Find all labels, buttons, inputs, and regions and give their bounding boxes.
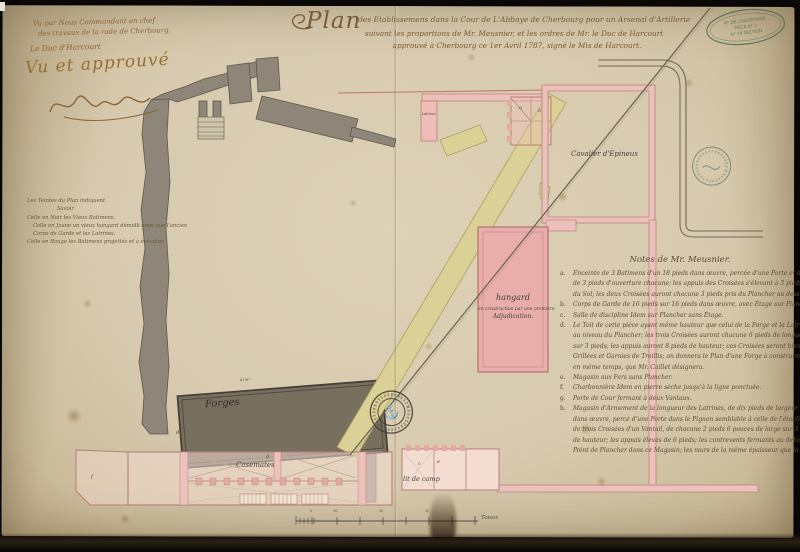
note-line: de trois Croisées d'un Vantail, de chacu… [560,425,800,435]
scale-number: 5 [310,509,312,513]
note-line: h.Magasin d'Armement de la longueur des … [560,404,800,414]
note-text: Magasin aux Fers sans Plancher. [573,374,673,381]
note-text: de hauteur; les appuis élevés de 6 pieds… [573,437,800,444]
note-text: au niveau du Plancher; les trois Croisée… [573,332,800,339]
alignment-line-red [338,90,545,93]
notes-block: Notes de Mr. Meusnier. a.Enceinte de 3 B… [560,255,800,456]
legend-line: Celle en Jaune un vieux hangard démolli … [27,222,192,230]
casemates-compound [76,450,392,505]
legend-block: Les Teintes du Plan indiquent Savoir Cel… [27,197,192,247]
plan-marker-g: g [176,429,179,435]
note-line: b.Corps de Garde de 16 pieds sur 16 pied… [560,300,800,310]
stain-spot [580,423,592,435]
legend-line: Celle en Noir les Vieux Batimens. [27,214,192,222]
scale-unit-label: Toises [481,515,498,521]
old-long-building [256,96,358,142]
note-line: en même temps, que Mr. Caillet désignera… [560,363,800,373]
stain-spot [120,514,130,524]
archive-oval-stamp: N° DE L'INVENTAIRE PIÈCE N° 3 N° 74 SECT… [701,1,790,59]
hangard-label-2: en construction par une première [478,306,555,311]
stain-spot [349,199,357,207]
note-text: Salle de discipline Idem sur Plancher sa… [573,312,724,319]
stain-spot [467,53,476,62]
old-wall-west [139,94,170,434]
sheet-bottom-shadow [0,533,800,552]
note-letter: e. [560,373,573,383]
anchor-icon: ⚓ [382,403,402,423]
legend-line: Savoir [27,205,192,213]
hangard-label-1: hangard [478,293,548,302]
note-line: au niveau du Plancher; les trois Croisée… [560,331,800,341]
note-text: Corps de Garde de 16 pieds sur 16 pieds … [573,301,800,308]
paper-crease [394,6,398,536]
plan-marker-e: e [437,459,440,465]
casemates-label: Casemates [236,461,275,469]
forge-dimension: 62'6" [240,378,250,382]
latrines-building [421,101,437,141]
south-wall [497,485,758,492]
note-letter: b. [560,300,573,310]
note-text: de 3 pieds d'ouverture chacune; les appu… [573,280,800,287]
photo-background: Vu par Nous Commandant en chef des trava… [0,0,800,552]
plan-marker-d: d [266,454,269,460]
note-text: sur 3 pieds; les appuis auront 8 pieds d… [573,343,800,350]
note-line: Point de Plancher dans ce Magasin; les m… [560,446,800,456]
note-line: de hauteur; les appuis élevés de 6 pieds… [560,436,800,446]
legend-line: Celle en Rouge les Batimens projettés et… [27,238,192,246]
plan-marker-f: f [91,474,93,480]
plan-marker-b: b [538,108,541,114]
stair-prong-2 [213,101,221,118]
latrines-label: Latrines [422,112,435,116]
note-line: sur 3 pieds; les appuis auront 8 pieds d… [560,342,800,352]
legend-line: Corps de Garde et les Latrines. [27,230,192,238]
hangard-label-3: Adjudication. [482,313,544,320]
notes-title: Notes de Mr. Meusnier. [560,255,800,265]
old-long-building-tail [350,127,396,147]
note-letter: a. [560,269,573,279]
lit-de-camp-building [402,445,499,490]
stair-prong-1 [199,101,207,118]
notes-lines: a.Enceinte de 3 Batimens d'un 18 pieds d… [560,269,800,456]
title-line-1: des Etablissemens dans la Cour de L'Abba… [358,15,738,24]
note-line: dans œuvre, percé d'une Porte dans le Pi… [560,415,800,425]
note-text: Grillées et Garnies de Treillis; on donn… [573,353,800,360]
scale-number: 20 [379,509,383,513]
signature-scribble [46,84,166,124]
stain-spot [596,476,607,487]
note-line: Grillées et Garnies de Treillis; on donn… [560,352,800,362]
note-letter: g. [560,394,573,404]
old-corps-de-garde [440,125,487,156]
note-line: du Sol; les deux Croisées auront chacune… [560,290,800,300]
plan-marker-c: c [418,461,421,467]
scale-number: 30 [425,509,429,513]
note-text: Point de Plancher dans ce Magasin; les m… [573,447,800,454]
note-line: d.Le Toit de cette pièce ayant même haut… [560,321,800,331]
old-building-notch-1 [227,63,252,104]
note-letter: c. [560,311,573,321]
note-text: en même temps, que Mr. Caillet désignera… [573,364,704,371]
note-text: dans œuvre, percé d'une Porte dans le Pi… [573,416,800,423]
stain-spot [684,78,694,88]
note-text: Porte de Cour fermant à deux Vantaux. [573,395,692,402]
note-text: Magasin d'Armement de la longueur des La… [573,405,798,412]
note-text: Enceinte de 3 Batimens d'un 18 pieds dan… [573,270,800,277]
note-line: e.Magasin aux Fers sans Plancher. [560,373,800,383]
note-line: a.Enceinte de 3 Batimens d'un 18 pieds d… [560,269,800,279]
note-letter: d. [560,321,573,331]
note-line: f.Charbonnière Idem en pierre sèche jusq… [560,383,800,393]
stain-spot [558,192,568,202]
plan-marker-a: a [519,105,522,111]
lit-de-camp-label: lit de camp [403,475,440,483]
note-text: de trois Croisées d'un Vantail, de chacu… [573,426,800,433]
note-letter: f. [560,383,573,393]
note-text: Charbonnière Idem en pierre sèche jusqu'… [573,384,761,391]
title-line-3: approuvé à Cherbourg ce 1er Avril 1787, … [392,41,642,50]
note-line: c.Salle de discipline Idem sur Plancher … [560,311,800,321]
note-letter: h. [560,404,573,414]
stain-spot [424,342,433,351]
old-stairs [198,117,224,139]
note-text: Le Toit de cette pièce ayant même hauteu… [573,322,800,329]
corner-speck [0,2,5,11]
stain-spot [83,299,92,308]
old-building-notch-2 [256,57,280,92]
cavalier-epineux-label: Cavalier d'Epineux [571,150,638,158]
stain-spot [66,408,82,424]
legend-line: Les Teintes du Plan indiquent [27,197,192,205]
note-line: de 3 pieds d'ouverture chacune; les appu… [560,279,800,289]
note-line: g.Porte de Cour fermant à deux Vantaux. [560,394,800,404]
scale-number: 10 [333,509,337,513]
note-text: du Sol; les deux Croisées auront chacune… [573,291,800,298]
